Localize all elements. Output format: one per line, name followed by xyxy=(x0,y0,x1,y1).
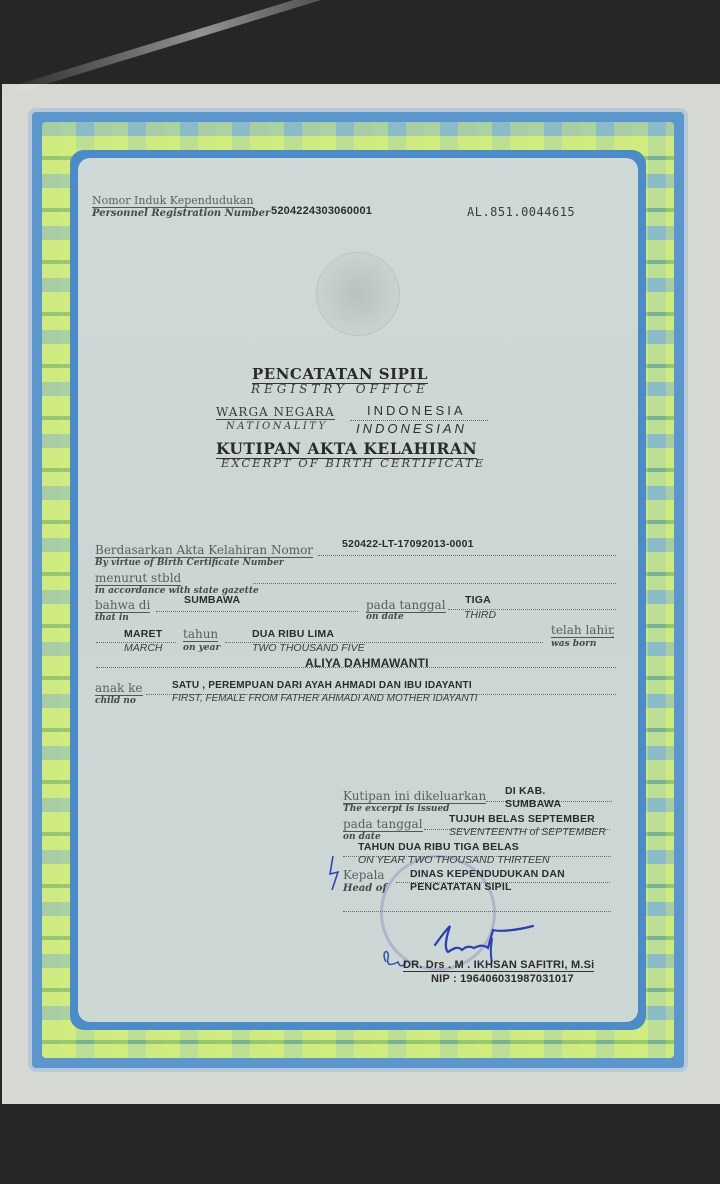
issued-place-2: SUMBAWA xyxy=(505,798,561,810)
cert-number-label: Berdasarkan Akta Kelahiran Nomor xyxy=(95,543,313,558)
issued-date-label: pada tanggal xyxy=(343,817,423,832)
nik-label: Nomor Induk Kependudukan xyxy=(92,194,253,208)
cert-number-label-en: By virtue of Birth Certificate Number xyxy=(95,558,284,568)
official-nip: NIP : 196406031987031017 xyxy=(431,973,574,985)
place-value: SUMBAWA xyxy=(184,594,240,606)
child-no-label-en: child no xyxy=(95,696,136,706)
nationality-value: INDONESIA xyxy=(367,403,466,418)
document-title-en: EXCERPT OF BIRTH CERTIFICATE xyxy=(221,456,485,470)
issued-label-en: The excerpt is issued xyxy=(343,804,449,814)
year-label: tahun xyxy=(183,627,218,642)
name-line xyxy=(96,667,616,668)
date-label: pada tanggal xyxy=(366,598,446,613)
stbld-line xyxy=(253,583,616,584)
child-no-label: anak ke xyxy=(95,681,143,696)
month-value: MARET xyxy=(124,628,162,640)
official-name: DR. Drs . M . IKHSAN SAFITRI, M.Si xyxy=(403,959,594,972)
date-value-en: THIRD xyxy=(464,609,496,621)
born-label-en: was born xyxy=(551,639,596,649)
date-value: TIGA xyxy=(465,594,491,606)
nationality-label-en: NATIONALITY xyxy=(226,421,328,432)
office-title-en: REGISTRY OFFICE xyxy=(251,382,429,396)
nik-value: 5204224303060001 xyxy=(271,205,372,217)
colon: : xyxy=(611,627,615,641)
child-no-value-en: FIRST, FEMALE FROM FATHER AHMADI AND MOT… xyxy=(172,693,478,704)
cert-number-value: 520422-LT-17092013-0001 xyxy=(342,538,474,550)
date-label-en: on date xyxy=(366,612,404,622)
place-label-en: that in xyxy=(95,613,129,623)
born-label: telah lahir xyxy=(551,623,614,638)
year-label-en: on year xyxy=(183,643,220,653)
issued-date-value: TUJUH BELAS SEPTEMBER xyxy=(449,813,595,825)
stbld-label: menurut stbld xyxy=(95,571,181,586)
cert-number-line xyxy=(318,555,616,556)
place-label: bahwa di xyxy=(95,598,150,613)
garuda-emblem-seal xyxy=(316,252,400,336)
month-value-en: MARCH xyxy=(124,642,163,654)
nationality-label: WARGA NEGARA xyxy=(216,405,335,420)
issued-date-value-en: SEVENTEENTH of SEPTEMBER xyxy=(449,826,606,838)
serial-number: AL.851.0044615 xyxy=(467,205,575,219)
place-line xyxy=(156,611,358,612)
issued-place-1: DI KAB. xyxy=(505,785,545,797)
nationality-value-en: INDONESIAN xyxy=(356,421,467,436)
child-no-value: SATU , PEREMPUAN DARI AYAH AHMADI DAN IB… xyxy=(172,680,472,691)
issued-label: Kutipan ini dikeluarkan xyxy=(343,789,486,804)
year-value: DUA RIBU LIMA xyxy=(252,628,334,640)
nik-label-en: Personnel Registration Number xyxy=(92,208,270,219)
year-value-en: TWO THOUSAND FIVE xyxy=(252,642,365,654)
